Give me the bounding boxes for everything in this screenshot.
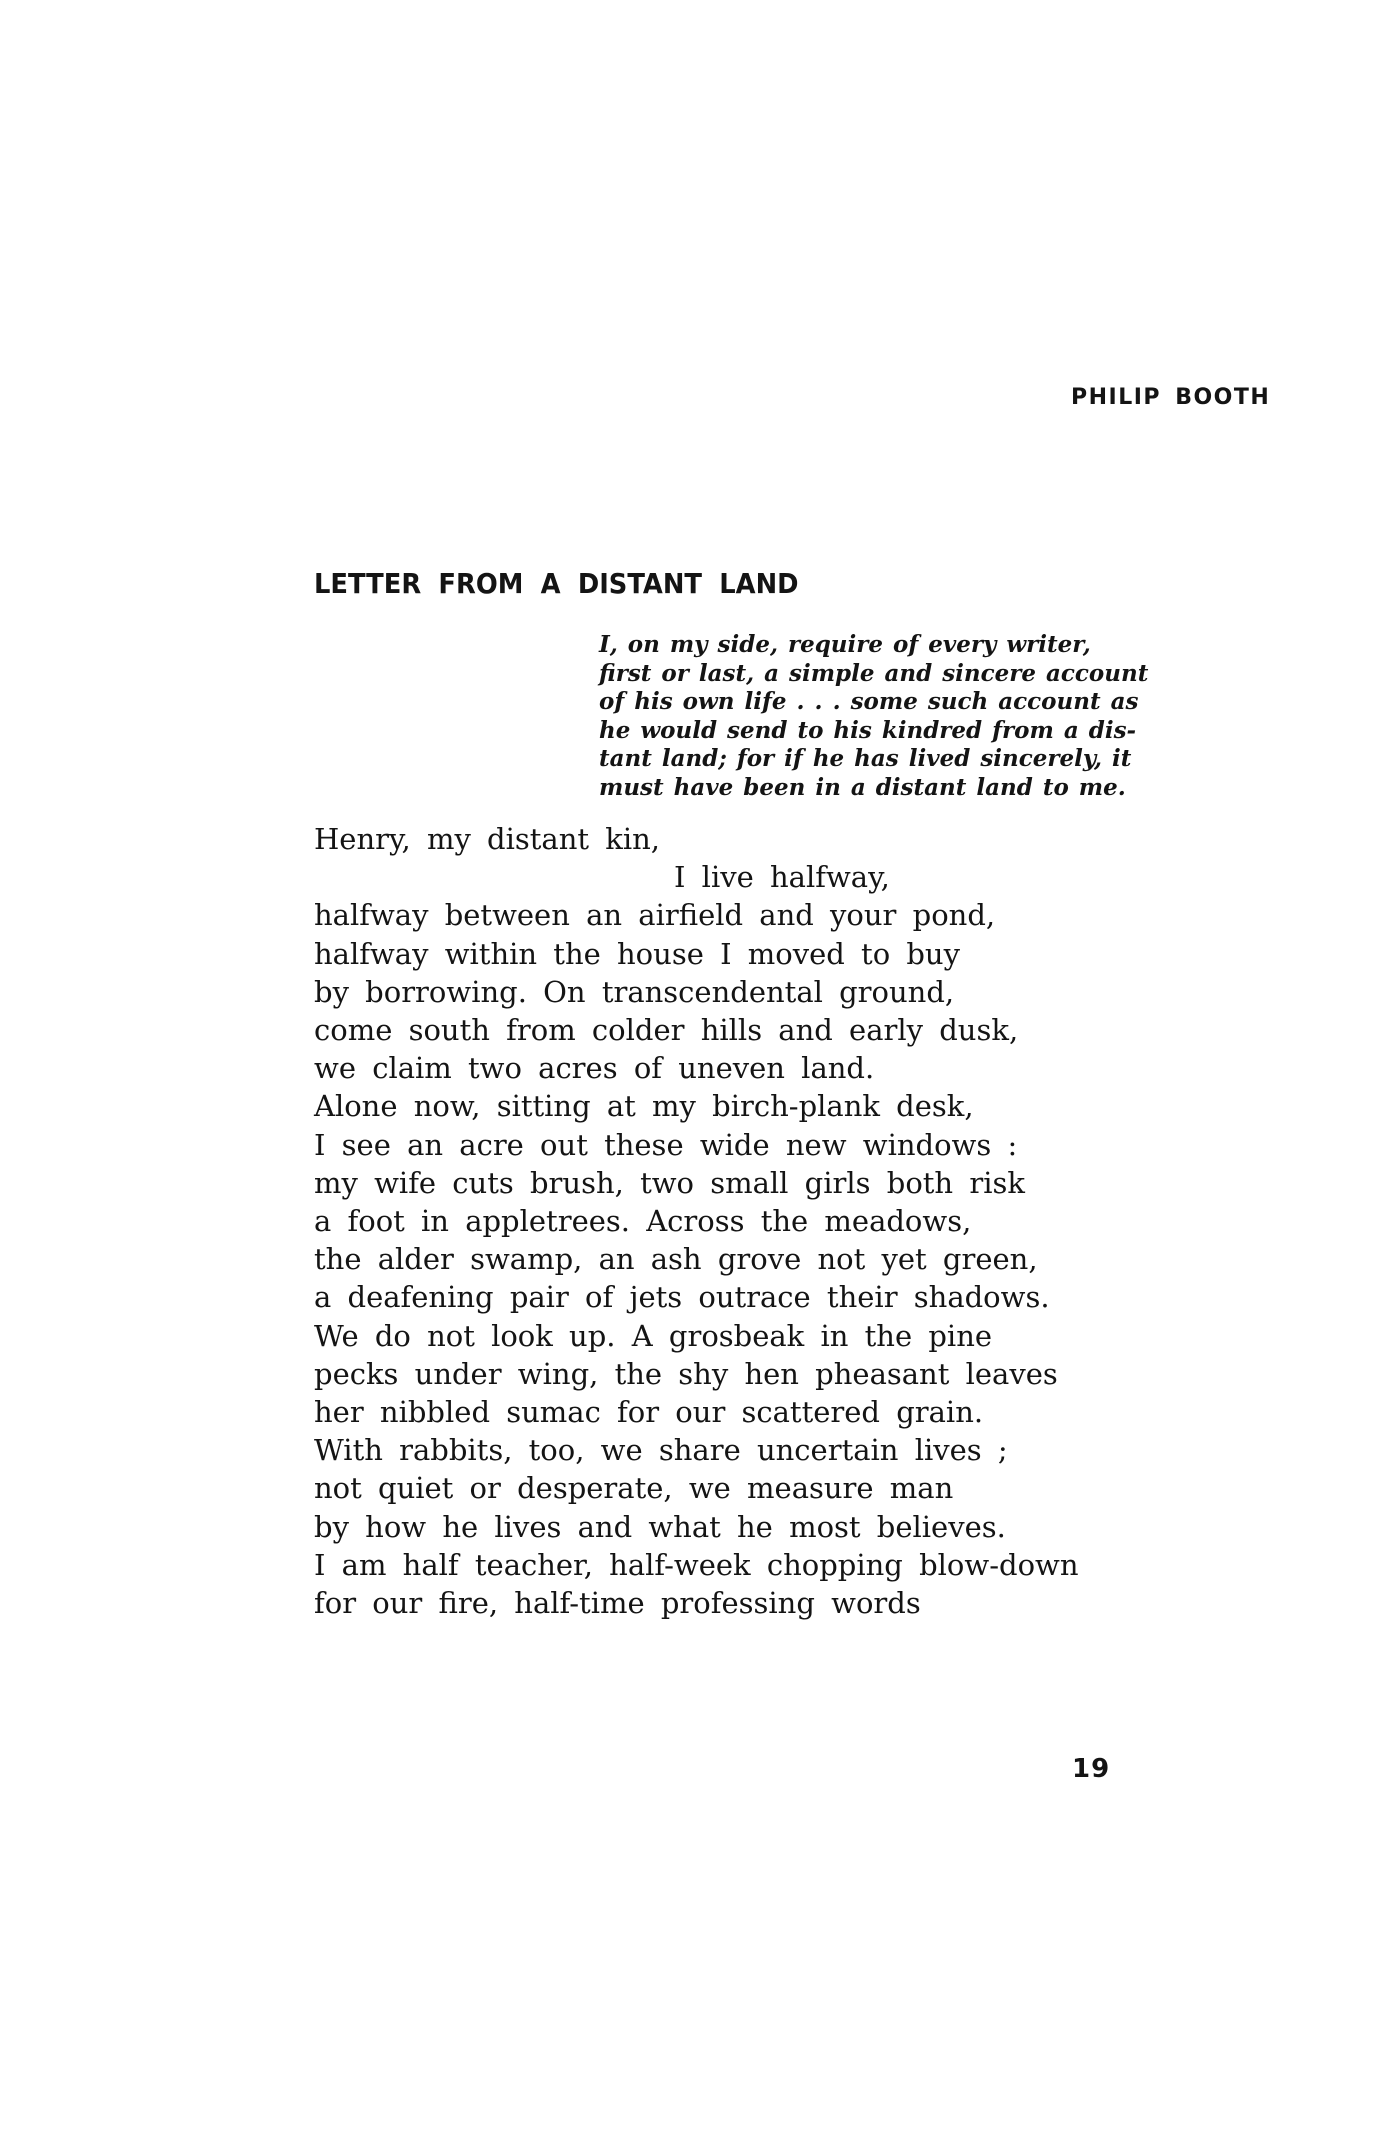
poem-line: by how he lives and what he most believe…	[314, 1508, 1114, 1546]
poem-line: by borrowing. On transcendental ground,	[314, 973, 1114, 1011]
poem-line: I see an acre out these wide new windows…	[314, 1126, 1114, 1164]
poem-line: Alone now, sitting at my birch-plank des…	[314, 1087, 1114, 1125]
epigraph-line: tant land; for if he has lived sincerely…	[599, 745, 1114, 774]
poem-line: a deafening pair of jets outrace their s…	[314, 1278, 1114, 1316]
poem-line: the alder swamp, an ash grove not yet gr…	[314, 1240, 1114, 1278]
poem-lines: Henry, my distant kin,I live halfway,hal…	[314, 820, 1114, 1622]
poem-line: halfway between an airfield and your pon…	[314, 896, 1114, 934]
poem-line: we claim two acres of uneven land.	[314, 1049, 1114, 1087]
poem-line: not quiet or desperate, we measure man	[314, 1469, 1114, 1507]
epigraph-line: first or last, a simple and sincere acco…	[599, 660, 1114, 689]
running-head: PHILIP BOOTH	[1071, 387, 1270, 409]
poem-line: her nibbled sumac for our scattered grai…	[314, 1393, 1114, 1431]
page-number: 19	[1072, 1756, 1110, 1782]
poem-line: come south from colder hills and early d…	[314, 1011, 1114, 1049]
poem-line: With rabbits, too, we share uncertain li…	[314, 1431, 1114, 1469]
epigraph-line: he would send to his kindred from a dis-	[599, 717, 1114, 746]
epigraph-line: of his own life . . . some such account …	[599, 688, 1114, 717]
poem-line: We do not look up. A grosbeak in the pin…	[314, 1317, 1114, 1355]
poem-line: a foot in appletrees. Across the meadows…	[314, 1202, 1114, 1240]
poem-line: I am half teacher, half-week chopping bl…	[314, 1546, 1114, 1584]
poem-line: pecks under wing, the shy hen pheasant l…	[314, 1355, 1114, 1393]
book-page: PHILIP BOOTH LETTER FROM A DISTANT LAND …	[0, 0, 1400, 2154]
epigraph-line: I, on my side, require of every writer,	[599, 631, 1114, 660]
poem-title: LETTER FROM A DISTANT LAND	[314, 570, 799, 598]
poem-line: for our fire, half-time professing words	[314, 1584, 1114, 1622]
poem-line: I live halfway,	[314, 858, 1114, 896]
poem-line: my wife cuts brush, two small girls both…	[314, 1164, 1114, 1202]
poem-line: Henry, my distant kin,	[314, 820, 1114, 858]
epigraph-line: must have been in a distant land to me.	[599, 774, 1114, 803]
epigraph: I, on my side, require of every writer,f…	[599, 631, 1114, 803]
poem-line: halfway within the house I moved to buy	[314, 935, 1114, 973]
